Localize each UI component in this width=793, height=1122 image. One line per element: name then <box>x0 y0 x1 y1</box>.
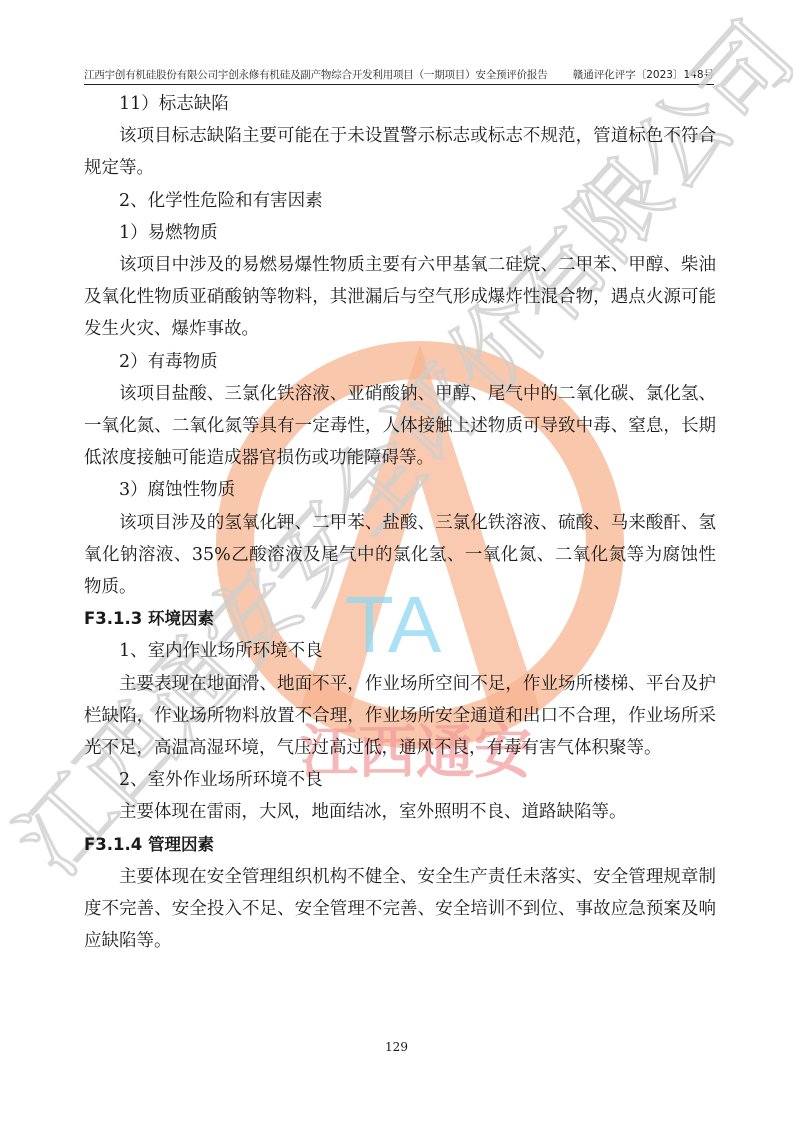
paragraph: 该项目标志缺陷主要可能在于未设置警示标志或标志不规范，管道标色不符合规定等。 <box>84 120 716 184</box>
subsection-heading: 2、化学性危险和有害因素 <box>84 185 716 217</box>
paragraph: 主要体现在雷雨，大风，地面结冰，室外照明不良、道路缺陷等。 <box>84 796 716 828</box>
paragraph: 主要表现在地面滑、地面不平，作业场所空间不足，作业场所楼梯、平台及护栏缺陷，作业… <box>84 668 716 765</box>
paragraph: 该项目盐酸、三氯化铁溶液、亚硝酸钠、甲醇、尾气中的二氧化碳、氯化氢、一氧化氮、二… <box>84 378 716 475</box>
subsection-heading: 11）标志缺陷 <box>84 88 716 120</box>
subsection-heading: 2、室外作业场所环境不良 <box>84 764 716 796</box>
paragraph: 该项目涉及的氢氧化钾、二甲苯、盐酸、三氯化铁溶液、硫酸、马来酸酐、氢氧化钠溶液、… <box>84 507 716 604</box>
section-heading: F3.1.4 管理因素 <box>84 829 716 861</box>
page-number: 129 <box>0 1040 793 1054</box>
subsection-heading: 3）腐蚀性物质 <box>84 474 716 506</box>
paragraph: 主要体现在安全管理组织机构不健全、安全生产责任未落实、安全管理规章制度不完善、安… <box>84 861 716 958</box>
subsection-heading: 1）易燃物质 <box>84 217 716 249</box>
paragraph: 该项目中涉及的易燃易爆性物质主要有六甲基氧二硅烷、二甲苯、甲醇、柴油及氧化性物质… <box>84 249 716 346</box>
header-report-number: 赣通评化评字〔2023〕148号 <box>573 67 714 82</box>
page-header: 江西宇创有机硅股份有限公司宇创永修有机硅及副产物综合开发利用项目（一期项目）安全… <box>84 64 714 85</box>
section-heading: F3.1.3 环境因素 <box>84 603 716 635</box>
subsection-heading: 2）有毒物质 <box>84 346 716 378</box>
subsection-heading: 1、室内作业场所环境不良 <box>84 635 716 667</box>
document-body: 11）标志缺陷 该项目标志缺陷主要可能在于未设置警示标志或标志不规范，管道标色不… <box>84 88 716 957</box>
document-page: 江西宇创有机硅股份有限公司宇创永修有机硅及副产物综合开发利用项目（一期项目）安全… <box>0 0 793 1122</box>
header-title: 江西宇创有机硅股份有限公司宇创永修有机硅及副产物综合开发利用项目（一期项目）安全… <box>84 67 548 82</box>
